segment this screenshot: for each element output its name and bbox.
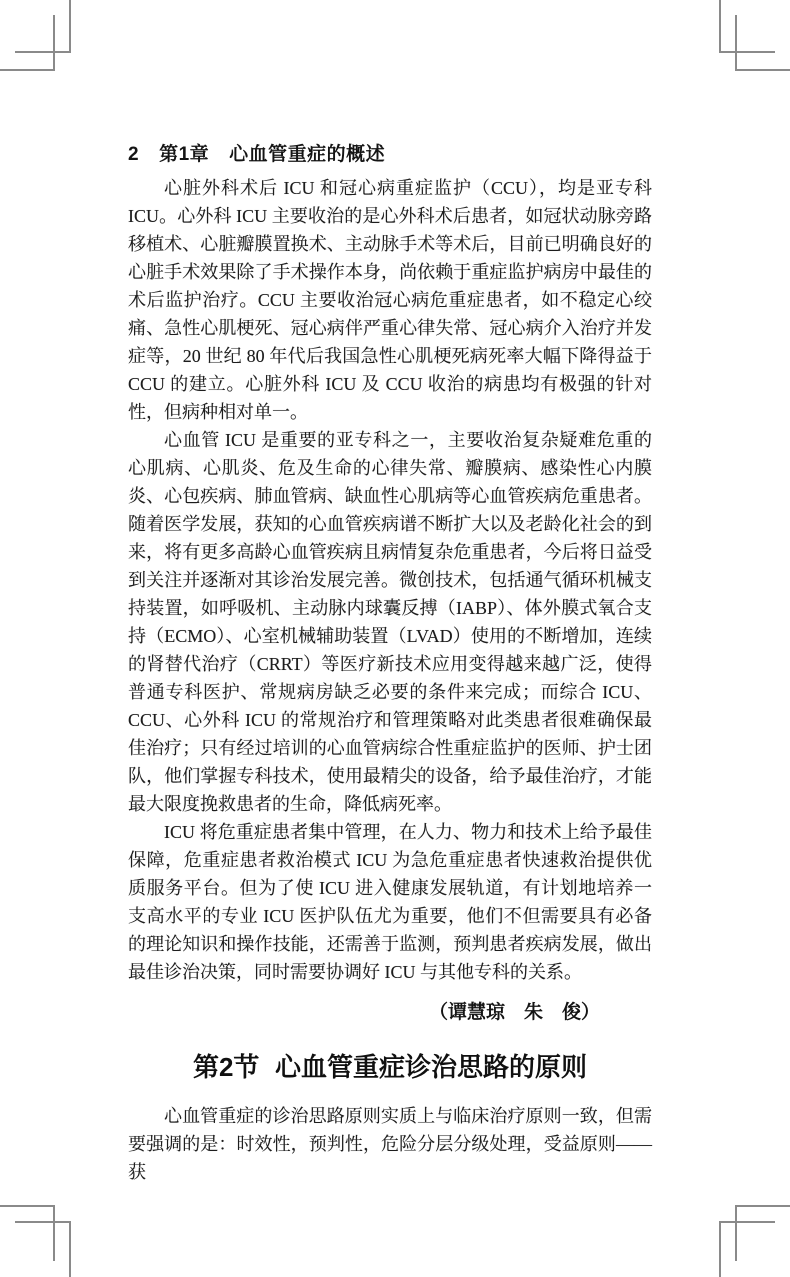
page-content: 2 第1章 心血管重症的概述 心脏外科术后 ICU 和冠心病重症监护（CCU），… [128,143,652,1186]
section1-body: 心脏外科术后 ICU 和冠心病重症监护（CCU），均是亚专科 ICU。心外科 I… [128,174,652,986]
body-paragraph: 心血管重症的诊治思路原则实质上与临床治疗原则一致，但需要强调的是：时效性，预判性… [128,1102,652,1186]
section-title: 心血管重症诊治思路的原则 [275,1052,587,1082]
section-heading: 第2节心血管重症诊治思路的原则 [128,1050,652,1084]
crop-mark-top-right-outer [719,0,775,53]
crop-mark-top-right-inner [735,15,790,71]
section2-body: 心血管重症的诊治思路原则实质上与临床治疗原则一致，但需要强调的是：时效性，预判性… [128,1102,652,1186]
chapter-label: 第1章 [159,143,209,167]
crop-mark-top-left-outer [15,0,71,53]
body-paragraph: 心脏外科术后 ICU 和冠心病重症监护（CCU），均是亚专科 ICU。心外科 I… [128,174,652,426]
crop-mark-bottom-right-inner [719,1221,775,1277]
chapter-title: 心血管重症的概述 [229,143,385,167]
author-signature: （谭慧琼 朱 俊） [128,1000,652,1026]
body-paragraph: ICU 将危重症患者集中管理，在人力、物力和技术上给予最佳保障，危重症患者救治模… [128,818,652,986]
book-page: { "page": { "header": { "page_number": "… [0,0,790,1277]
page-number: 2 [128,143,139,167]
crop-mark-bottom-right-outer [735,1205,790,1261]
body-paragraph: 心血管 ICU 是重要的亚专科之一，主要收治复杂疑难危重的心肌病、心肌炎、危及生… [128,426,652,818]
section-number: 第2节 [193,1052,259,1082]
crop-mark-top-left-inner [0,15,55,71]
crop-mark-bottom-left-outer [0,1205,55,1261]
running-header: 2 第1章 心血管重症的概述 [128,143,652,167]
crop-mark-bottom-left-inner [15,1221,71,1277]
